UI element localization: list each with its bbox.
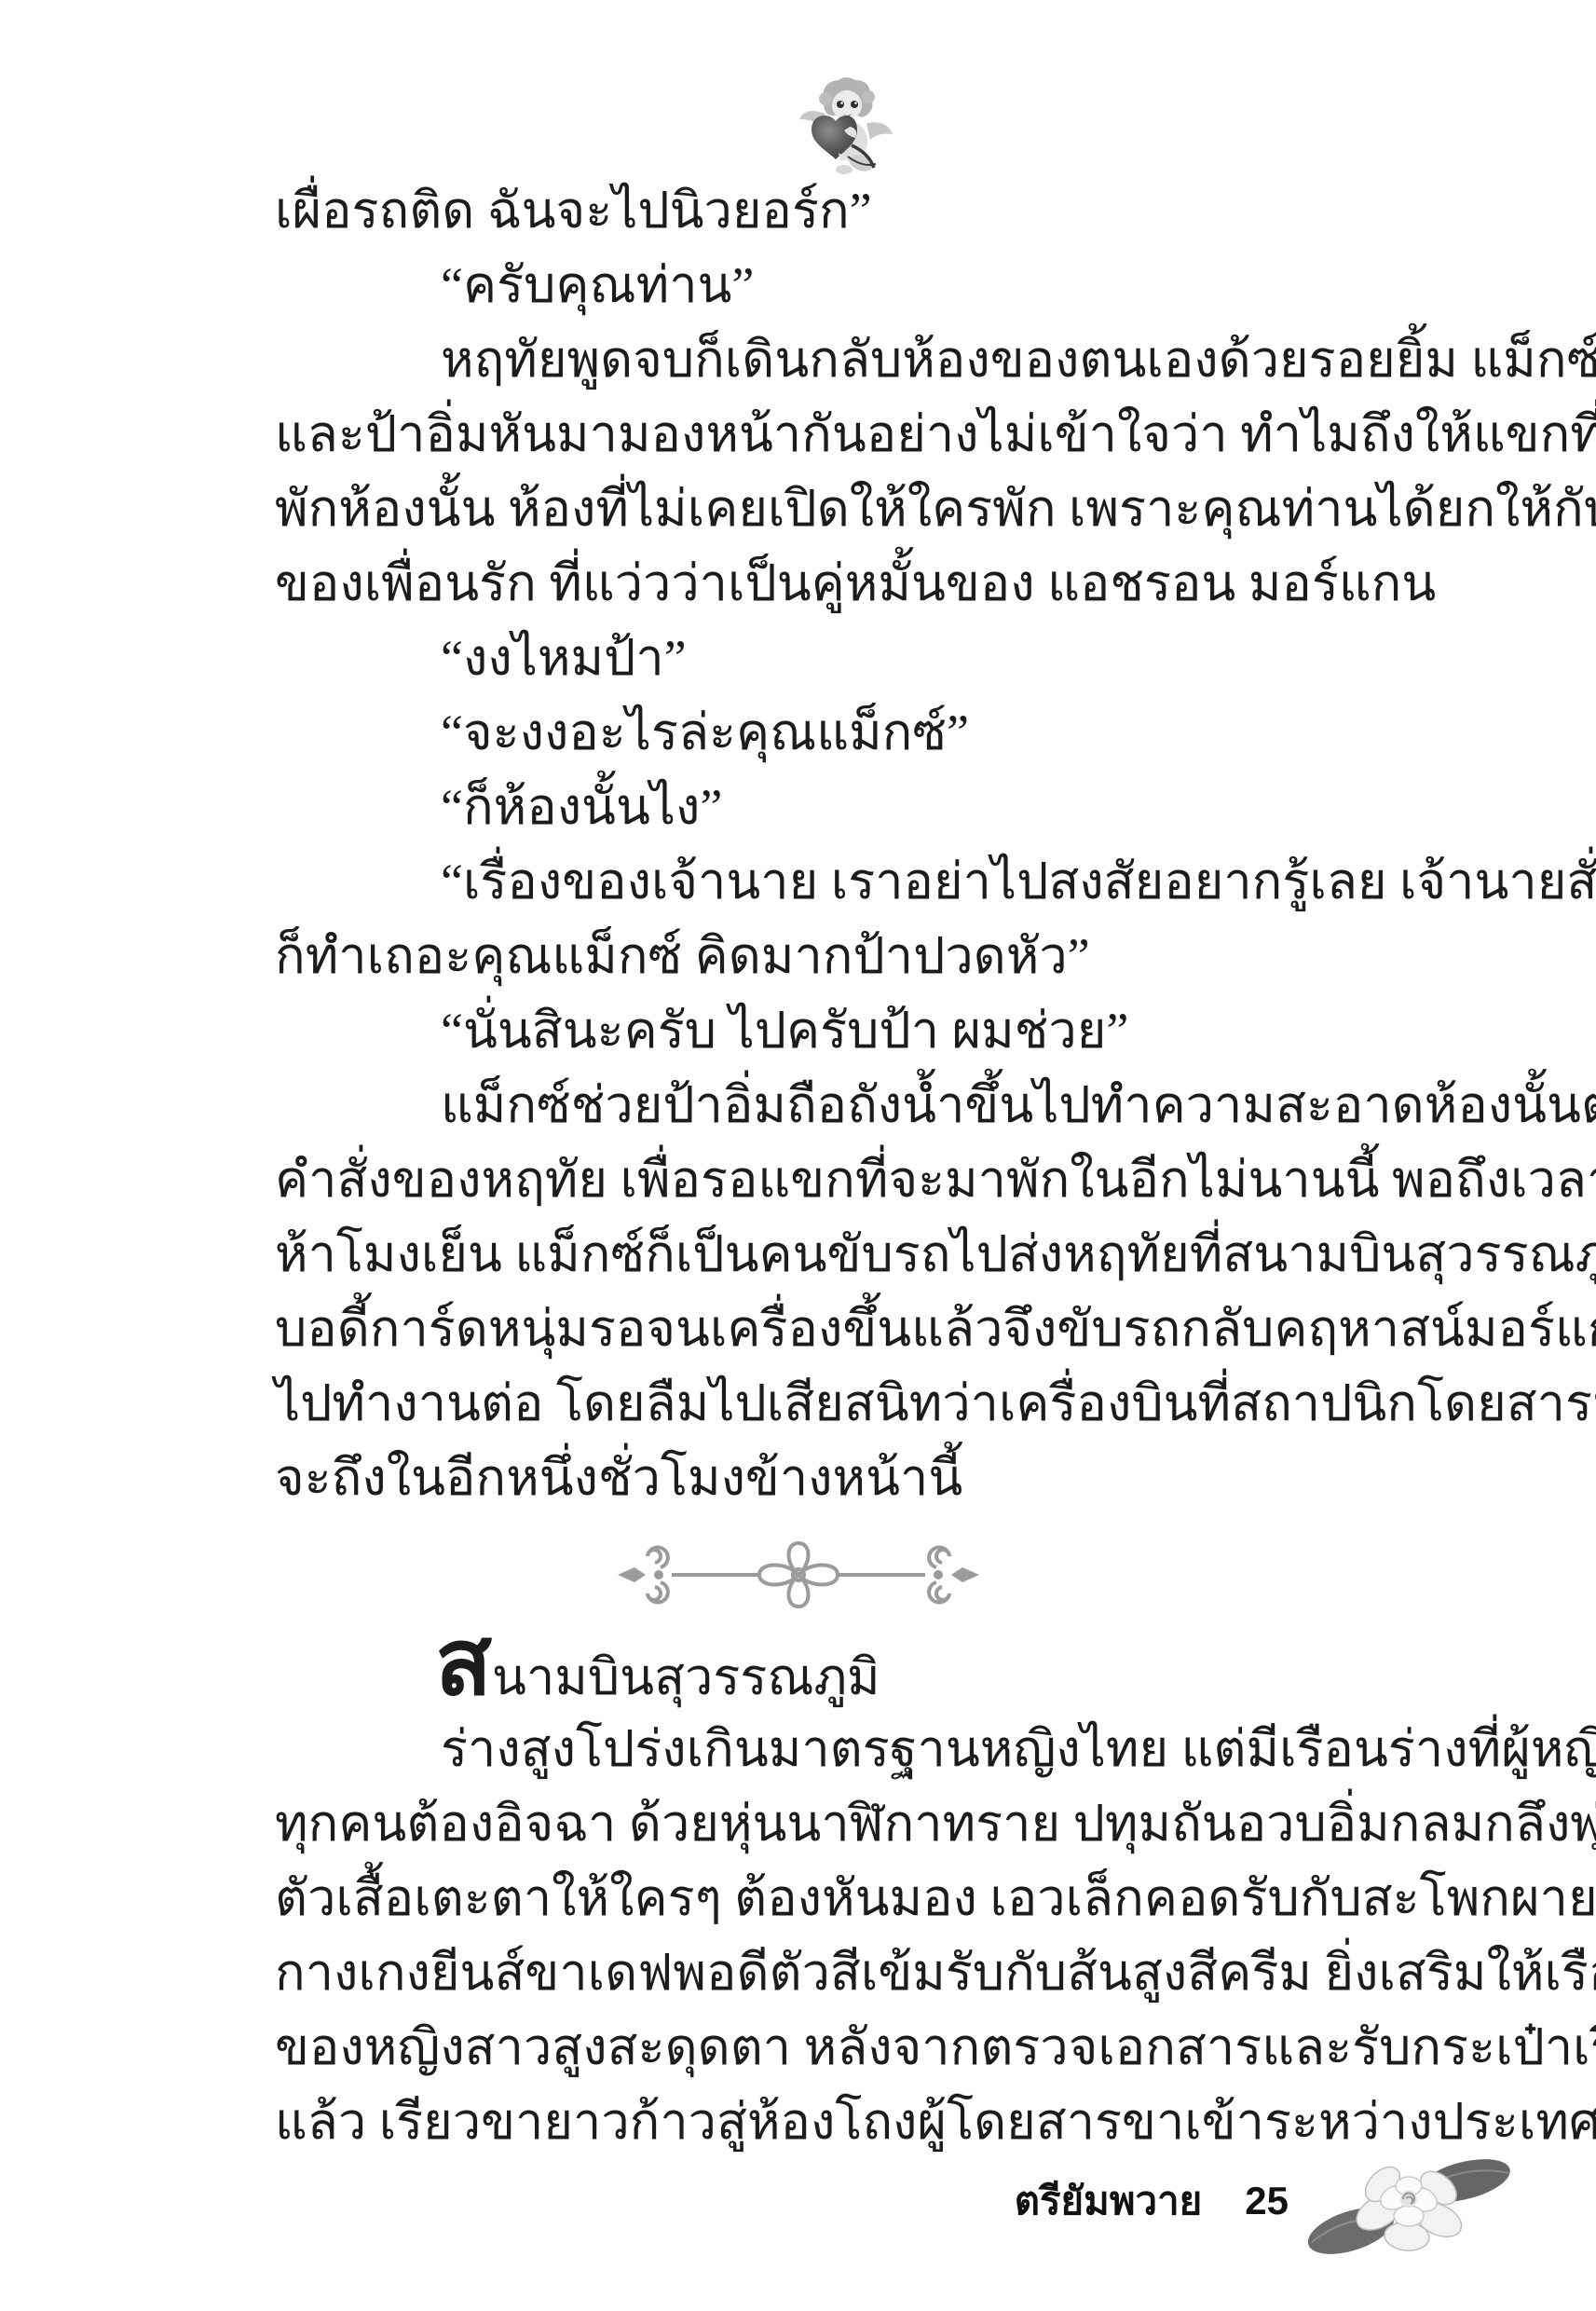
- section-sanambin: สนามบินสุวรรณภูมิ ร่างสูงโปร่งเกินมาตรฐา…: [275, 1615, 1430, 2159]
- text-line: ของเพื่อนรัก ที่แว่วว่าเป็นคู่หมั้นของ แ…: [275, 546, 1430, 621]
- text-line: “จะงงอะไรล่ะคุณแม็กซ์”: [275, 695, 1430, 770]
- text-line: คำสั่งของหฤทัย เพื่อรอแขกที่จะมาพักในอีก…: [275, 1142, 1430, 1217]
- text-line: พักห้องนั้น ห้องที่ไม่เคยเปิดให้ใครพัก เ…: [275, 472, 1430, 546]
- text-line: และป้าอิ่มหันมามองหน้ากันอย่างไม่เข้าใจว…: [275, 397, 1430, 472]
- white-rose-with-leaves-icon: [1303, 2140, 1519, 2272]
- floral-flourish-divider: [612, 1539, 985, 1610]
- text-line: เผื่อรถติด ฉันจะไปนิวยอร์ก”: [275, 173, 1430, 248]
- text-line: ตัวเสื้อเตะตาให้ใครๆ ต้องหันมอง เอวเล็กค…: [275, 1861, 1430, 1935]
- text-line: “ก็ห้องนั้นไง”: [275, 770, 1430, 844]
- text-line: “เรื่องของเจ้านาย เราอย่าไปสงสัยอยากรู้เ…: [275, 844, 1430, 919]
- section-title: สนามบินสุวรรณภูมิ: [275, 1615, 1430, 1712]
- body-paragraphs: เผื่อรถติด ฉันจะไปนิวยอร์ก”“ครับคุณท่าน”…: [275, 173, 1430, 1515]
- text-line: “ครับคุณท่าน”: [275, 248, 1430, 322]
- section-dropcap: ส: [435, 1611, 492, 1715]
- text-line: “งงไหมป้า”: [275, 621, 1430, 695]
- text-line: ร่างสูงโปร่งเกินมาตรฐานหญิงไทย แต่มีเรือ…: [275, 1712, 1430, 1786]
- section-paragraph: ร่างสูงโปร่งเกินมาตรฐานหญิงไทย แต่มีเรือ…: [275, 1712, 1430, 2159]
- text-line: จะถึงในอีกหนึ่งชั่วโมงข้างหน้านี้: [275, 1441, 1430, 1515]
- text-line: แล้ว เรียวขายาวก้าวสู่ห้องโถงผู้โดยสารขา…: [275, 2085, 1430, 2159]
- section-title-rest: นามบินสุวรรณภูมิ: [492, 1649, 880, 1705]
- text-line: “นั่นสินะครับ ไปครับป้า ผมช่วย”: [275, 993, 1430, 1068]
- text-line: ก็ทำเถอะคุณแม็กซ์ คิดมากป้าปวดหัว”: [275, 919, 1430, 993]
- text-line: ไปทำงานต่อ โดยลืมไปเสียสนิทว่าเครื่องบิน…: [275, 1366, 1430, 1441]
- footer-page-number: 25: [1245, 2179, 1289, 2222]
- text-line: บอดี้การ์ดหนุ่มรอจนเครื่องขึ้นแล้วจึงขับ…: [275, 1292, 1430, 1366]
- text-line: หฤทัยพูดจบก็เดินกลับห้องของตนเองด้วยรอยย…: [275, 322, 1430, 397]
- text-line: กางเกงยีนส์ขาเดฟพอดีตัวสีเข้มรับกับส้นสู…: [275, 1935, 1430, 2010]
- text-line: ห้าโมงเย็น แม็กซ์ก็เป็นคนขับรถไปส่งหฤทัย…: [275, 1217, 1430, 1292]
- text-line: ของหญิงสาวสูงสะดุดตา หลังจากตรวจเอกสารแล…: [275, 2010, 1430, 2085]
- cupid-holding-heart-icon: [798, 75, 896, 181]
- book-page: เผื่อรถติด ฉันจะไปนิวยอร์ก”“ครับคุณท่าน”…: [0, 0, 1596, 2311]
- text-line: ทุกคนต้องอิจฉา ด้วยหุ่นนาฬิกาทราย ปทุมถั…: [275, 1786, 1430, 1861]
- footer-book-title: ตรียัมพวาย: [1015, 2179, 1203, 2222]
- page-footer: ตรียัมพวาย25: [1015, 2177, 1289, 2225]
- text-line: แม็กซ์ช่วยป้าอิ่มถือถังน้ำขึ้นไปทำความสะ…: [275, 1068, 1430, 1142]
